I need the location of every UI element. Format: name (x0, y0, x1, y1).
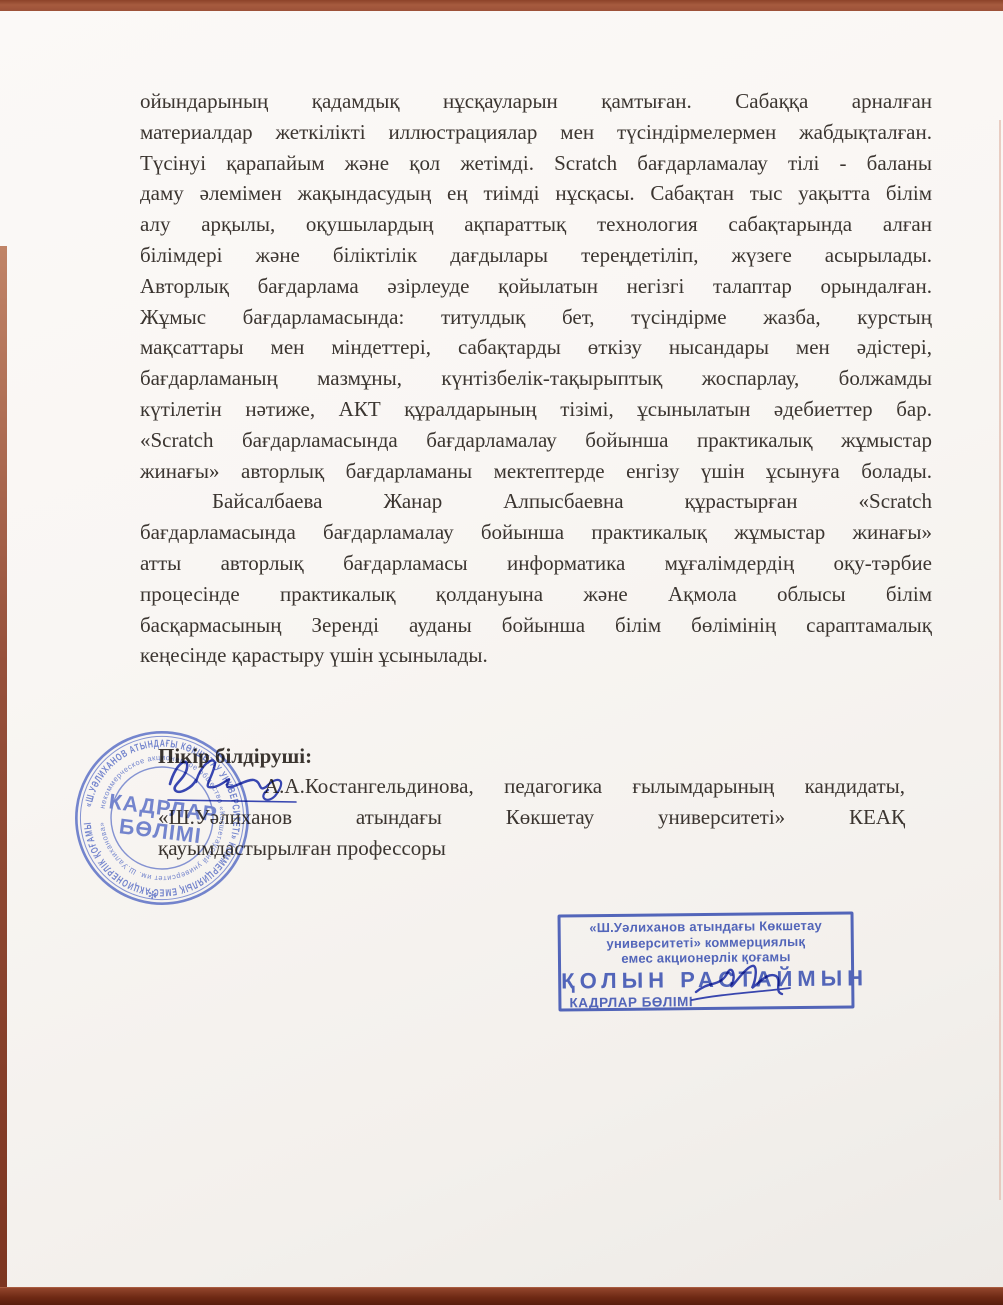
reviewer-signature (162, 752, 312, 808)
document-body: ойындарының қадамдық нұсқауларын қамтыға… (140, 86, 932, 671)
text-line: «Scratch бағдарламасында бағдарламалау б… (140, 425, 932, 456)
text-line: атты авторлық бағдарламасы информатика м… (140, 548, 932, 579)
stamp-footer-label: КАДРЛАР БӨЛІМІ (569, 994, 693, 1010)
desk-surface-left-strip (0, 246, 7, 1289)
text-line: кеңесінде қарастыру үшін ұсынылады. (140, 640, 932, 671)
desk-surface-bottom-band (0, 1287, 1003, 1305)
text-line: Авторлық бағдарлама әзірлеуде қойылатын … (140, 271, 932, 302)
text-line: алу арқылы, оқушылардың ақпараттық техно… (140, 209, 932, 240)
round-stamp-bottom-mark: ✻ (147, 889, 158, 902)
text-line: басқармасының Зеренді ауданы бойынша біл… (140, 610, 932, 641)
text-line: процесінде практикалық қолдануына және А… (140, 579, 932, 610)
text-line: Түсінуі қарапайым және қол жетімді. Scra… (140, 148, 932, 179)
text-line: күтілетін нәтиже, АКТ құралдарының тізім… (140, 394, 932, 425)
text-line: Жұмыс бағдарламасында: титулдық бет, түс… (140, 302, 932, 333)
desk-surface-top-band (0, 0, 1003, 11)
text-line: ойындарының қадамдық нұсқауларын қамтыға… (140, 86, 932, 117)
text-line: білімдері және біліктілік дағдылары тере… (140, 240, 932, 271)
body-paragraph-2: Байсалбаева Жанар Алпысбаевна құрастырға… (140, 486, 932, 671)
signature-underline (168, 800, 296, 802)
scanned-page: ойындарының қадамдық нұсқауларын қамтыға… (0, 0, 1003, 1305)
text-line: Байсалбаева Жанар Алпысбаевна құрастырға… (140, 486, 932, 517)
text-line: материалдар жеткілікті иллюстрациялар ме… (140, 117, 932, 148)
text-line: мақсаттары мен міндеттері, сабақтарды өт… (140, 332, 932, 363)
text-line: бағдарламасында бағдарламалау бойынша пр… (140, 517, 932, 548)
reviewer-title-line: қауымдастырылған профессоры (158, 833, 905, 864)
stamp-signature (690, 958, 810, 1008)
stamp-org-line-1: «Ш.Уәлиханов атындағы Көкшетау (561, 917, 851, 936)
paper-right-edge (999, 120, 1001, 1200)
text-line: жинағы» авторлық бағдарламаны мектептерд… (140, 456, 932, 487)
body-paragraph-1: ойындарының қадамдық нұсқауларын қамтыға… (140, 86, 932, 486)
round-stamp: «Ш.УӘЛИХАНОВ АТЫНДАҒЫ КӨКШЕТАУ УНИВЕРСИТ… (46, 702, 278, 934)
text-line: бағдарламаның мазмұны, күнтізбелік-тақыр… (140, 363, 932, 394)
text-line: даму әлемімен жақындасудың ең тиімді нұс… (140, 178, 932, 209)
